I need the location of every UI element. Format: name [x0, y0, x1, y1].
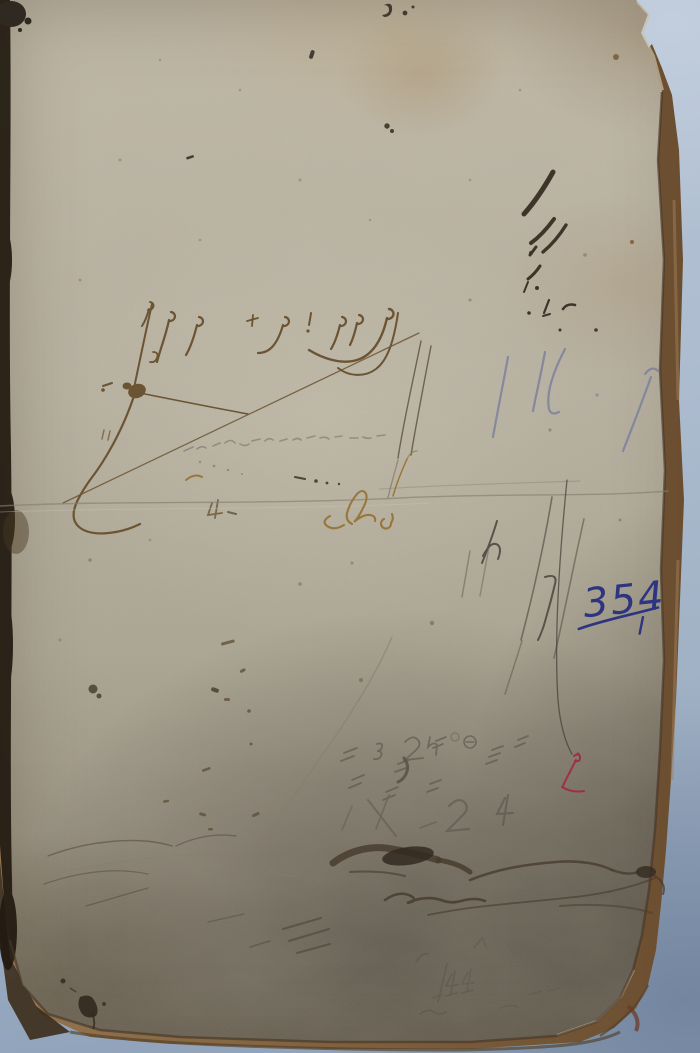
svg-text:354: 354 [581, 573, 668, 627]
gutter-stain [3, 510, 29, 554]
photo-of-manuscript-page: 354 [0, 0, 700, 1053]
red-brown-sliver [628, 1006, 638, 1031]
marks-layer: 354 [0, 0, 700, 1053]
